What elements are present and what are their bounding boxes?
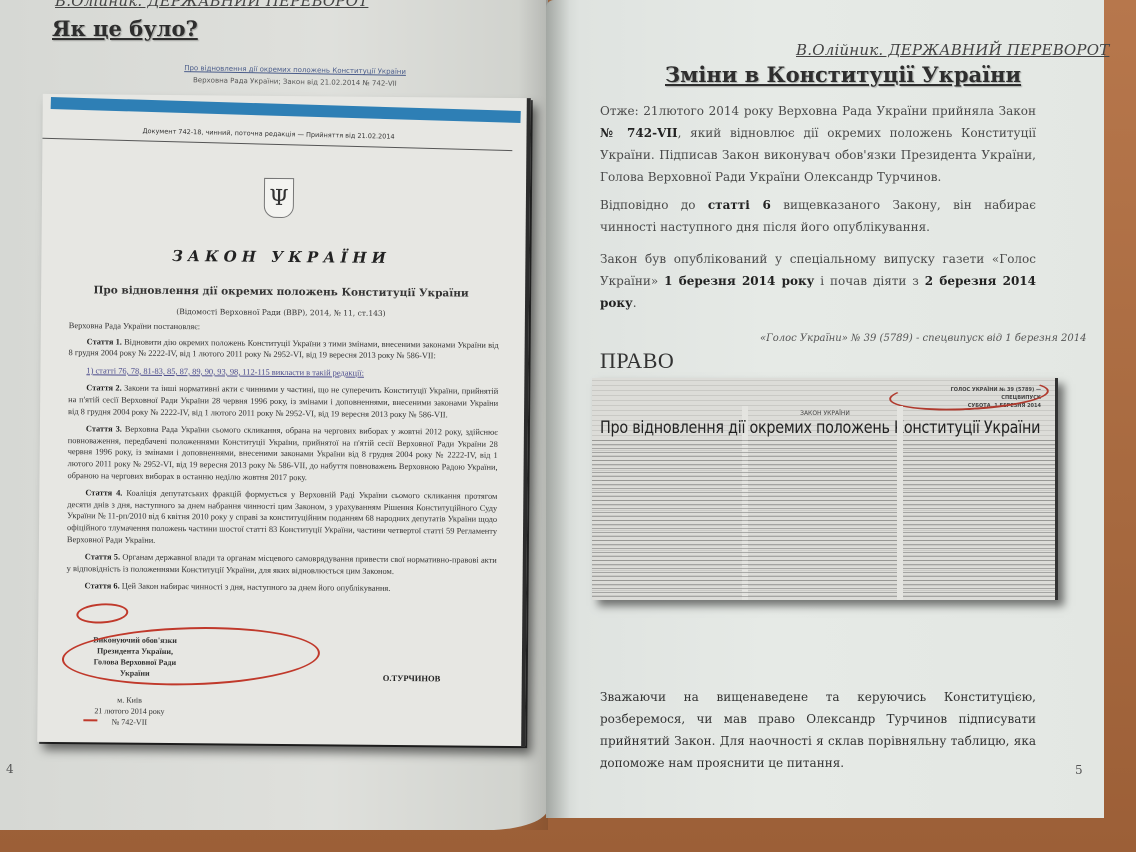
paragraph-4: Зважаючи на вищенаведене та керуючись Ко… [600, 686, 1036, 774]
left-page-title: Як це було? [52, 16, 198, 41]
red-underline [83, 719, 97, 721]
paragraph-2: Відповідно до статті 6 вищевказаного Зак… [600, 194, 1036, 238]
red-annotation-circle [76, 602, 129, 625]
law-article: Стаття 2. Закони та інші нормативні акти… [68, 382, 498, 421]
clipping-paper: ГОЛОС УКРАЇНИ № 39 (5789) — СПЕЦВИПУСК С… [592, 378, 1058, 600]
law-article: 1) статті 76, 78, 81-83, 85, 87, 89, 90,… [68, 365, 498, 380]
law-article-6: Стаття 6. Цей Закон набирає чинності з д… [66, 580, 496, 595]
law-article: Стаття 4. Коаліція депутатських фракцій … [67, 487, 497, 549]
clipping-headline: Про відновлення дії окремих положень Кон… [600, 418, 1040, 437]
law-heading: ЗАКОН УКРАЇНИ [41, 246, 521, 268]
law-article: Стаття 5. Органам державної влади та орг… [67, 551, 497, 578]
paragraph-1: Отже: 21лютого 2014 року Верховна Рада У… [600, 100, 1036, 188]
law-title: Про відновлення дії окремих положень Кон… [41, 284, 521, 300]
law-source: (Відомості Верховної Ради (ВВР), 2014, №… [41, 306, 521, 319]
document-header-bar [51, 97, 521, 123]
right-page-title: Зміни в Конституції України [665, 62, 1021, 87]
left-header-author: В.Олійник. ДЕРЖАВНИЙ ПЕРЕВОРОТ [55, 0, 368, 10]
clipping-section: ПРАВО [600, 348, 674, 374]
law-preamble: Верховна Рада України постановляє: [69, 320, 499, 335]
page-number: 5 [1075, 763, 1083, 777]
newspaper-clipping: ПРАВО ГОЛОС УКРАЇНИ № 39 (5789) — СПЕЦВИ… [592, 348, 1062, 610]
source-reference: Про відновлення дії окремих положень Кон… [165, 62, 425, 91]
law-document-scan: Документ 742-18, чинний, поточна редакці… [37, 94, 531, 746]
document-status: Документ 742-18, чинний, поточна редакці… [142, 127, 394, 141]
signing-place-date: м. Київ 21 лютого 2014 року № 742-VII [69, 694, 189, 728]
signatory-name: О.ТУРЧИНОВ [383, 673, 441, 684]
page-number: 4 [6, 762, 14, 776]
clipping-caption: «Голос України» № 39 (5789) - спецвипуск… [760, 333, 1086, 344]
law-article: Стаття 3. Верховна Рада України сьомого … [67, 423, 497, 485]
clipping-body-text [592, 440, 1055, 600]
clipping-kicker: ЗАКОН УКРАЇНИ [592, 410, 1058, 417]
right-header-author: В.Олійник. ДЕРЖАВНИЙ ПЕРЕВОРОТ [796, 41, 1109, 59]
tryzub-icon: Ψ [264, 178, 294, 218]
law-article: Стаття 1. Відновити дію окремих положень… [69, 336, 499, 363]
law-body: Верховна Рада України постановляє: Статт… [66, 320, 498, 602]
divider [42, 138, 512, 151]
paragraph-3: Закон був опублікований у спеціальному в… [600, 248, 1036, 314]
